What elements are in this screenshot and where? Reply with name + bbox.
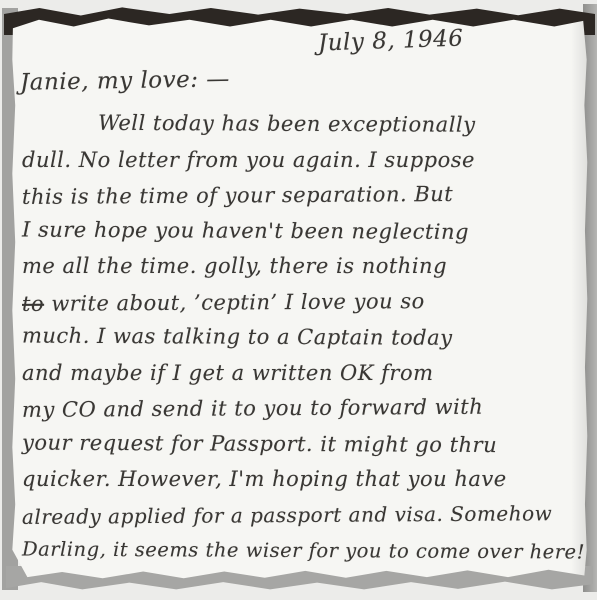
letter-line: much. I was talking to a Captain today <box>22 319 575 357</box>
letter-line: already applied for a passport and visa.… <box>22 496 575 535</box>
letter-line: quicker. However, I'm hoping that you ha… <box>22 462 575 498</box>
letter-scan: July 8, 1946 Janie, my love: — Well toda… <box>0 0 597 600</box>
letter-line: this is the time of your separation. But <box>22 176 575 215</box>
letter-paper: July 8, 1946 Janie, my love: — Well toda… <box>10 14 589 584</box>
letter-line-text: write about, ’ceptin’ I love you so <box>51 289 425 316</box>
letter-line: Darling, it seems the wiser for you to c… <box>22 532 575 570</box>
letter-line: me all the time. golly, there is nothing <box>22 249 575 285</box>
letter-date: July 8, 1946 <box>318 25 464 56</box>
letter-line: your request for Passport. it might go t… <box>22 425 575 463</box>
letter-line: Well today has been exceptionally <box>98 106 575 144</box>
letter-line: my CO and send it to you to forward with <box>22 389 575 428</box>
letter-body: Well today has been exceptionally dull. … <box>22 107 575 569</box>
letter-line: and maybe if I get a written OK from <box>22 356 575 392</box>
struck-out-word: to <box>22 291 44 315</box>
letter-salutation: Janie, my love: — <box>20 66 230 96</box>
letter-line: I sure hope you haven't been neglecting <box>22 212 575 250</box>
letter-line: dull. No letter from you again. I suppos… <box>22 143 575 179</box>
letter-line-with-strikeout: to write about, ’ceptin’ I love you so <box>22 283 575 322</box>
